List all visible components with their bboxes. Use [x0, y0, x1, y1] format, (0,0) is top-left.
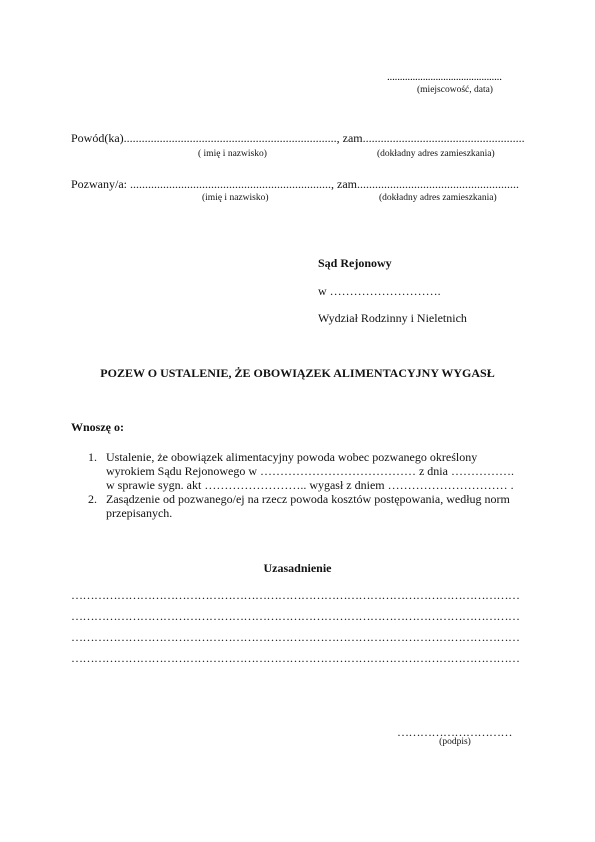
- request-item-number: 2.: [88, 492, 97, 506]
- justification-heading: Uzasadnienie: [0, 561, 595, 576]
- justification-blank-line: ………………………………………………………………………………………………………: [71, 609, 520, 624]
- plaintiff-field: Powód(ka)...............................…: [71, 131, 525, 146]
- plaintiff-address-caption: (dokładny adres zamieszkania): [377, 149, 495, 159]
- court-department: Wydział Rodzinny i Nieletnich: [318, 311, 467, 326]
- request-item-line: wyrokiem Sądu Rejonowego w ……………………………………: [106, 464, 514, 478]
- place-date-caption: (miejscowość, data): [370, 85, 540, 95]
- request-item-line: Zasądzenie od pozwanego/ej na rzecz powo…: [106, 492, 510, 506]
- defendant-address-caption: (dokładny adres zamieszkania): [379, 193, 497, 203]
- justification-blank-line: ………………………………………………………………………………………………………: [71, 651, 520, 666]
- request-item-line: w sprawie sygn. akt …………………….. wygasł z …: [106, 478, 514, 492]
- justification-blank-line: ………………………………………………………………………………………………………: [71, 588, 520, 603]
- signature-caption: (podpis): [380, 737, 530, 747]
- justification-blank-line: ………………………………………………………………………………………………………: [71, 630, 520, 645]
- place-date-field: ........................................…: [387, 71, 502, 83]
- document-title: POZEW O USTALENIE, ŻE OBOWIĄZEK ALIMENTA…: [0, 366, 595, 381]
- request-item-line: Ustalenie, że obowiązek alimentacyjny po…: [106, 450, 514, 464]
- request-item-number: 1.: [88, 450, 97, 464]
- defendant-name-caption: (imię i nazwisko): [202, 193, 268, 203]
- request-heading: Wnoszę o:: [71, 420, 124, 435]
- court-name: Sąd Rejonowy: [318, 256, 392, 271]
- defendant-field: Pozwany/a: .............................…: [71, 177, 519, 192]
- request-item-line: przepisanych.: [106, 506, 510, 520]
- plaintiff-name-caption: ( imię i nazwisko): [198, 149, 267, 159]
- court-city-field: w ……………………….: [318, 284, 441, 299]
